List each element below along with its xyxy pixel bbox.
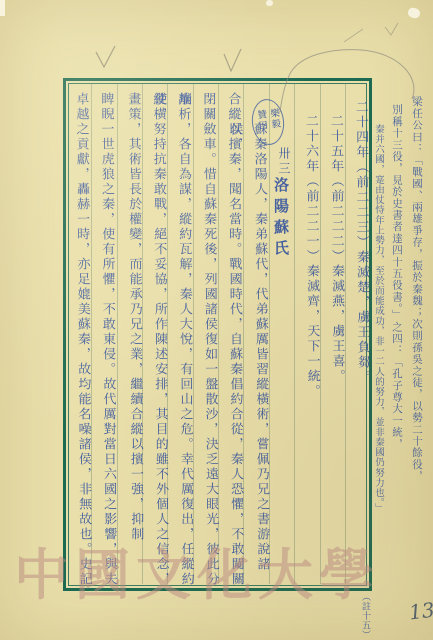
manuscript-column-body-5: 縱橫努持抗秦敢戰，絕不妥協，所作陳述安排，其目的雖不外個人之信念， xyxy=(145,92,172,588)
manuscript-column-year-26: 二十六年（前二二一）秦滅齊，天下一統。 xyxy=(298,114,324,444)
section-heading-number: 卅三 xyxy=(276,147,293,177)
manuscript-column-body-1: 蘇秦洛陽人，秦弟蘇代，代弟蘇厲皆習縱橫術，嘗佩乃兄之書游說諸侯， xyxy=(246,122,273,588)
check-mark-icon xyxy=(385,23,398,35)
pencil-slash xyxy=(344,29,363,42)
manuscript-column-body-8: 卓越之貢獻，轟赫一時，亦足媲美蘇秦，故均能名噪諸侯，非無故也。史記 xyxy=(68,92,95,588)
paper-speck xyxy=(266,0,273,6)
manuscript-grid: 二十四年（前二二三）秦滅楚，虜王負芻。 二十五年（前二二二）秦滅燕，虜王喜。 二… xyxy=(66,81,369,588)
page-number: 13 xyxy=(408,598,433,625)
section-heading-title: 洛陽蘇氏 xyxy=(271,177,292,261)
manuscript-column-year-24: 二十四年（前二二三）秦滅楚，虜王負芻。 xyxy=(348,100,369,440)
manuscript-column-body-6: 畫策，其術皆長於權變，而能承乃兄之業，繼續合縱以擯一強，抑制 xyxy=(120,92,147,588)
check-mark-icon xyxy=(224,49,241,71)
margin-note-line-1: 梁任公曰：「戰國、兩雄爭存，振於秦魏；次則孫吳之徒，以勢二十餘役， xyxy=(407,96,426,556)
margin-note-line-2: 別稱十三役，見於史書者達四十五役書。」之四：「孔子尊大一統， xyxy=(387,104,406,556)
paper-speck xyxy=(0,0,5,16)
check-mark-icon xyxy=(96,46,115,67)
manuscript-column-year-25: 二十五年（前二二二）秦滅燕，虜王喜。 xyxy=(323,114,349,444)
margin-note-line-3: 秦并六國，寔由仗恃年上勢力，至於而能成功，非一二人的努力，並非秦國仍努力也。」 xyxy=(369,124,388,584)
manuscript-column-body-2: 合縱以擯秦，聞名當時。戰國時代，自蘇秦倡約合從，秦人恐懼，不敢闚關 xyxy=(220,92,247,588)
university-watermark: 中國文化大學 xyxy=(14,531,380,610)
manuscript-page: 二十四年（前二二三）秦滅楚，虜王負芻。 二十五年（前二二二）秦滅燕，虜王喜。 二… xyxy=(0,0,433,640)
paper-speck xyxy=(407,7,421,20)
manuscript-column-body-4: 離析，各自為謀，縱約瓦解，秦人大悅，有回山之危。幸代厲復出，任縱約使， xyxy=(170,92,197,588)
manuscript-column-body-3: 閉關斂車。惜自蘇秦死後，列國諸侯復如一盤散沙，決乏遠大眼光，彼此分崩 xyxy=(195,92,222,588)
manuscript-column-body-7: 睥睨一世虎狼之秦，使有所懼，不敢東侵。故代厲對當日六國之影響，與夫 xyxy=(93,92,120,588)
column-rule xyxy=(294,83,295,584)
